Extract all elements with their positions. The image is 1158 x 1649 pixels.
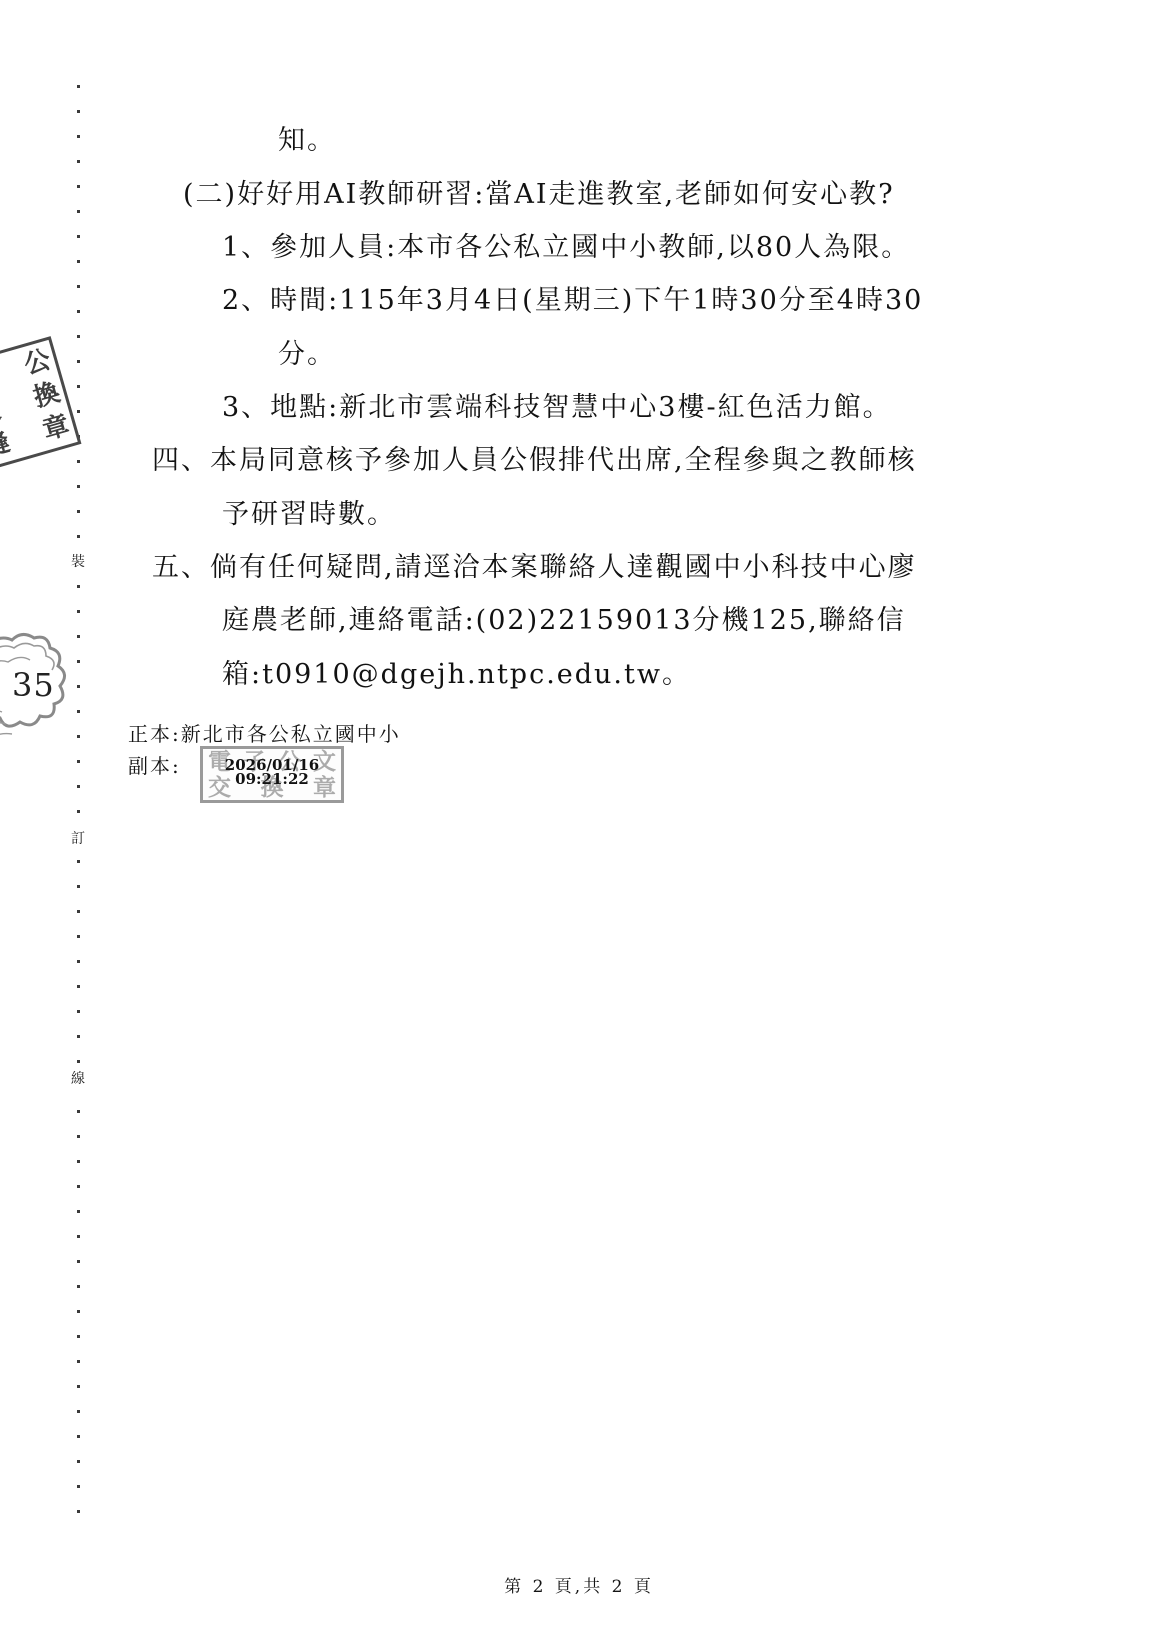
electronic-exchange-stamp: 電 子 公 文 交 換 章 2026/01/16 09:21:22 <box>200 746 344 803</box>
document-exchange-stamp: 一 交 縫 公 換 章 <box>0 336 81 472</box>
body-line: 3、地點:新北市雲端科技智慧中心3樓-紅色活力館。 <box>222 385 892 424</box>
body-line: (二)好好用AI教師研習:當AI走進教室,老師如何安心教? <box>183 172 895 211</box>
body-line: 庭農老師,連絡電話:(02)22159013分機125,聯絡信 <box>222 598 906 637</box>
body-line: 知。 <box>278 118 336 157</box>
stamp-right-column: 公 換 章 <box>20 343 73 448</box>
body-line: 四、本局同意核予參加人員公假排代出席,全程參與之教師核 <box>152 438 917 477</box>
binding-dotted-line <box>77 85 80 1530</box>
original-copy-line: 正本:新北市各公私立國中小 <box>128 718 401 747</box>
stamp-time: 09:21:22 <box>203 772 341 787</box>
body-line: 分。 <box>278 332 336 371</box>
margin-mark-ding: 訂 <box>68 828 88 848</box>
stamp-left-column: 一 交 縫 <box>0 360 14 465</box>
body-line: 予研習時數。 <box>222 492 396 531</box>
margin-mark-zhuang: 裝 <box>68 551 88 571</box>
seal-number: 35 <box>12 666 55 704</box>
duplicate-copy-label: 副本: <box>128 750 181 779</box>
body-line: 1、參加人員:本市各公私立國中小教師,以80人為限。 <box>222 225 910 264</box>
corner-seal: 35 <box>0 628 82 743</box>
margin-mark-xian: 線 <box>68 1068 88 1088</box>
page-number-footer: 第 2 頁,共 2 頁 <box>0 1572 1158 1597</box>
body-line: 箱:t0910@dgejh.ntpc.edu.tw。 <box>222 652 691 691</box>
document-page: 裝 訂 線 一 交 縫 公 換 章 35 知。 (二)好好用AI教師研習:當AI… <box>0 0 1158 1649</box>
body-line: 五、倘有任何疑問,請逕洽本案聯絡人達觀國中小科技中心廖 <box>152 545 917 584</box>
body-line: 2、時間:115年3月4日(星期三)下午1時30分至4時30 <box>222 278 923 317</box>
